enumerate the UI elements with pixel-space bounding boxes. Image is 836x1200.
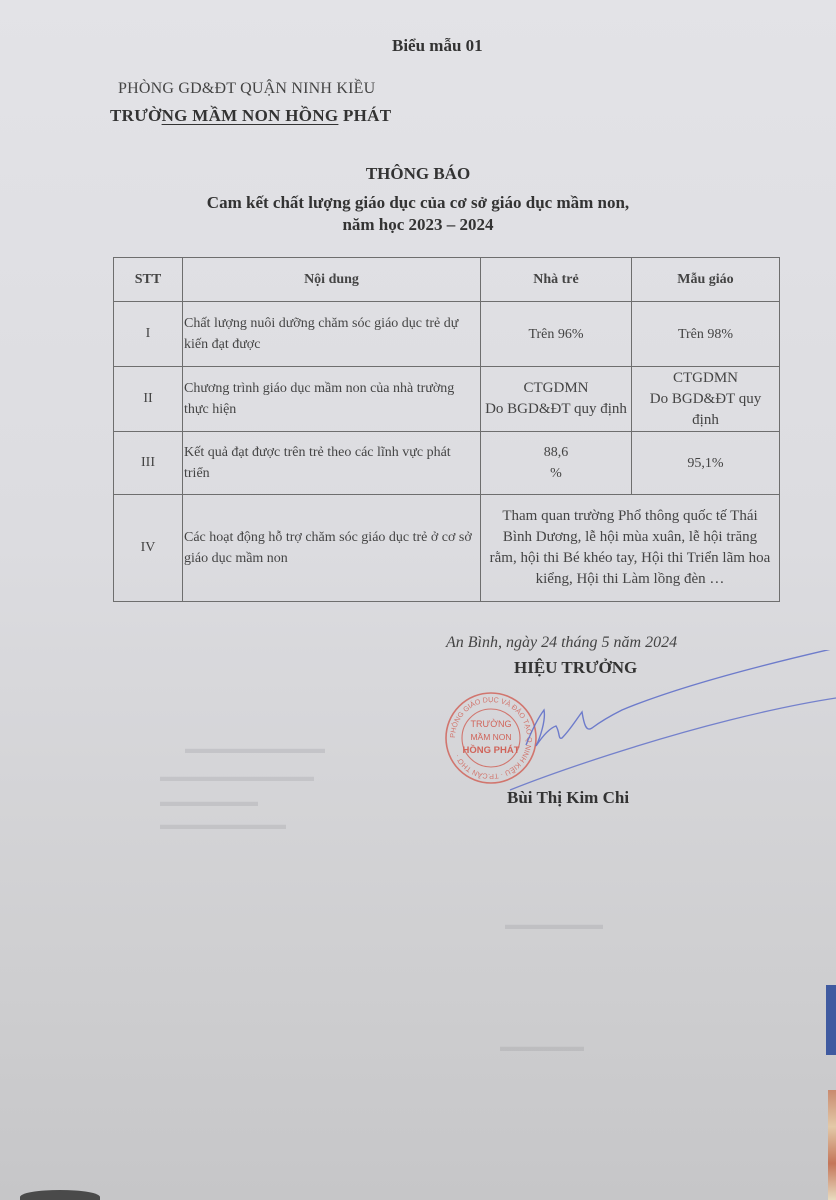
row-nursery-value: CTGDMN Do BGD&ĐT quy định [481, 367, 632, 432]
notice-subtitle: Cam kết chất lượng giáo dục của cơ sở gi… [0, 192, 836, 236]
row-stt: I [114, 302, 183, 367]
background-object-edge [826, 985, 836, 1055]
bleed-through-mark: ▬▬▬▬▬▬▬ [160, 795, 258, 811]
row-activities-value: Tham quan trường Phổ thông quốc tế Thái … [481, 495, 780, 602]
signer-name: Bùi Thị Kim Chi [507, 788, 629, 808]
row-stt: IV [114, 495, 183, 602]
kindergarten-line: định [634, 410, 777, 431]
nursery-line: Do BGD&ĐT quy định [483, 399, 629, 420]
table-row: III Kết quả đạt được trên trẻ theo các l… [114, 432, 780, 495]
bleed-through-mark: ▬▬▬▬▬▬▬ [505, 918, 603, 934]
bleed-through-mark: ▬▬▬▬▬▬▬▬▬ [160, 818, 286, 834]
corner-shadow [20, 1190, 100, 1200]
header-kindergarten: Mẫu giáo [632, 258, 780, 302]
notice-subtitle-line2: năm học 2023 – 2024 [0, 214, 836, 236]
document-page: Biểu mẫu 01 PHÒNG GD&ĐT QUẬN NINH KIỀU T… [0, 0, 836, 1200]
row-content: Kết quả đạt được trên trẻ theo các lĩnh … [183, 432, 481, 495]
row-kindergarten-value: 95,1% [632, 432, 780, 495]
row-content: Các hoạt động hỗ trợ chăm sóc giáo dục t… [183, 495, 481, 602]
row-content: Chất lượng nuôi dưỡng chăm sóc giáo dục … [183, 302, 481, 367]
background-object-edge [828, 1090, 836, 1200]
quality-commitment-table: STT Nội dung Nhà trẻ Mẫu giáo I Chất lượ… [113, 257, 780, 602]
notice-title: THÔNG BÁO [0, 164, 836, 184]
kindergarten-line: Do BGD&ĐT quy [634, 389, 777, 410]
header-nursery: Nhà trẻ [481, 258, 632, 302]
row-content: Chương trình giáo dục mầm non của nhà tr… [183, 367, 481, 432]
handwritten-signature [500, 650, 836, 800]
row-kindergarten-value: Trên 98% [632, 302, 780, 367]
form-number: Biểu mẫu 01 [392, 36, 483, 56]
nursery-line: 88,6 [483, 442, 629, 463]
nursery-line: % [483, 463, 629, 484]
department-name: PHÒNG GD&ĐT QUẬN NINH KIỀU [118, 80, 375, 98]
row-nursery-value: 88,6 % [481, 432, 632, 495]
row-nursery-value: Trên 96% [481, 302, 632, 367]
bleed-through-mark: ▬▬▬▬▬▬▬▬▬▬▬ [160, 770, 314, 786]
nursery-line: CTGDMN [483, 378, 629, 399]
school-name-prefix: TRƯỜ [110, 106, 162, 125]
notice-subtitle-line1: Cam kết chất lượng giáo dục của cơ sở gi… [0, 192, 836, 214]
header-stt: STT [114, 258, 183, 302]
school-name-underlined: NG MẦM NON HỒNG [162, 106, 339, 125]
bleed-through-mark: ▬▬▬▬▬▬ [500, 1040, 584, 1056]
table-header-row: STT Nội dung Nhà trẻ Mẫu giáo [114, 258, 780, 302]
table-row: I Chất lượng nuôi dưỡng chăm sóc giáo dụ… [114, 302, 780, 367]
table-row: II Chương trình giáo dục mầm non của nhà… [114, 367, 780, 432]
school-name-suffix: PHÁT [338, 106, 391, 125]
row-stt: II [114, 367, 183, 432]
row-stt: III [114, 432, 183, 495]
table-row: IV Các hoạt động hỗ trợ chăm sóc giáo dụ… [114, 495, 780, 602]
school-name: TRƯỜNG MẦM NON HỒNG PHÁT [110, 106, 391, 126]
header-content: Nội dung [183, 258, 481, 302]
row-kindergarten-value: CTGDMN Do BGD&ĐT quy định [632, 367, 780, 432]
kindergarten-line: CTGDMN [634, 368, 777, 389]
bleed-through-mark: ▬▬▬▬▬▬▬▬▬▬ [185, 742, 325, 758]
